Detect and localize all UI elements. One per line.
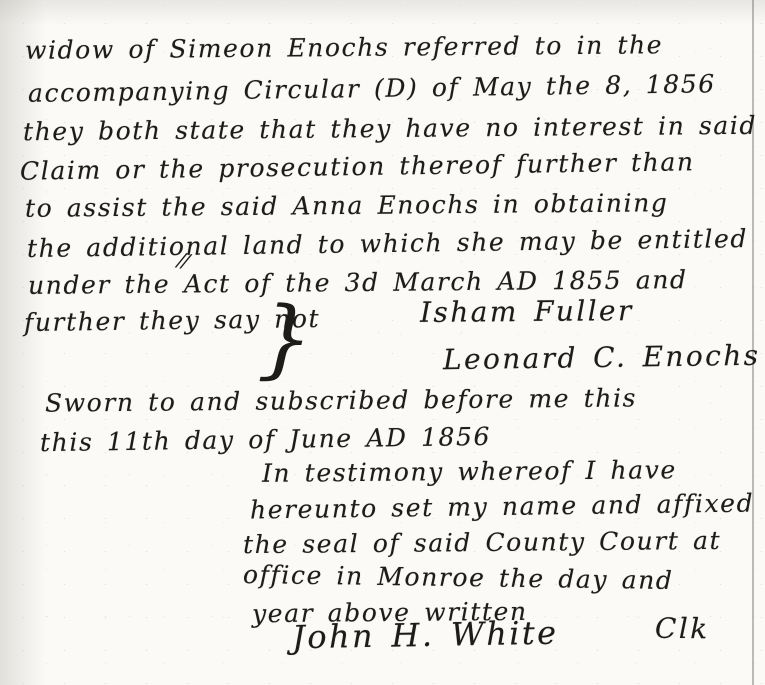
- signature-leonard-enochs: Leonard C. Enochs: [443, 339, 761, 376]
- signature-isham-fuller: Isham Fuller: [420, 294, 634, 329]
- clerk-title-abbreviation: Clk: [655, 612, 710, 645]
- testimony-line: In testimony whereof I have: [262, 455, 677, 488]
- handwritten-line: to assist the said Anna Enochs in obtain…: [25, 188, 669, 223]
- handwritten-line: widow of Simeon Enochs referred to in th…: [25, 30, 663, 65]
- handwritten-line: Claim or the prosecution thereof further…: [20, 147, 695, 185]
- signature-john-h-white: John H. White: [292, 614, 559, 657]
- handwritten-line: they both state that they have no intere…: [23, 111, 757, 146]
- scan-edge-shading-top: [0, 0, 765, 26]
- handwritten-line: accompanying Circular (D) of May the 8, …: [28, 69, 716, 108]
- testimony-line: the seal of said County Court at: [243, 526, 721, 559]
- testimony-line: hereunto set my name and affixed: [250, 488, 755, 524]
- testimony-line: office in Monroe the day and: [243, 560, 674, 595]
- document-page: widow of Simeon Enochs referred to in th…: [0, 0, 765, 685]
- signature-brace: }: [257, 295, 315, 383]
- attestation-line: this 11th day of June AD 1856: [40, 422, 491, 457]
- attestation-line: Sworn to and subscribed before me this: [45, 383, 637, 417]
- handwritten-line: the additional land to which she may be …: [27, 224, 748, 263]
